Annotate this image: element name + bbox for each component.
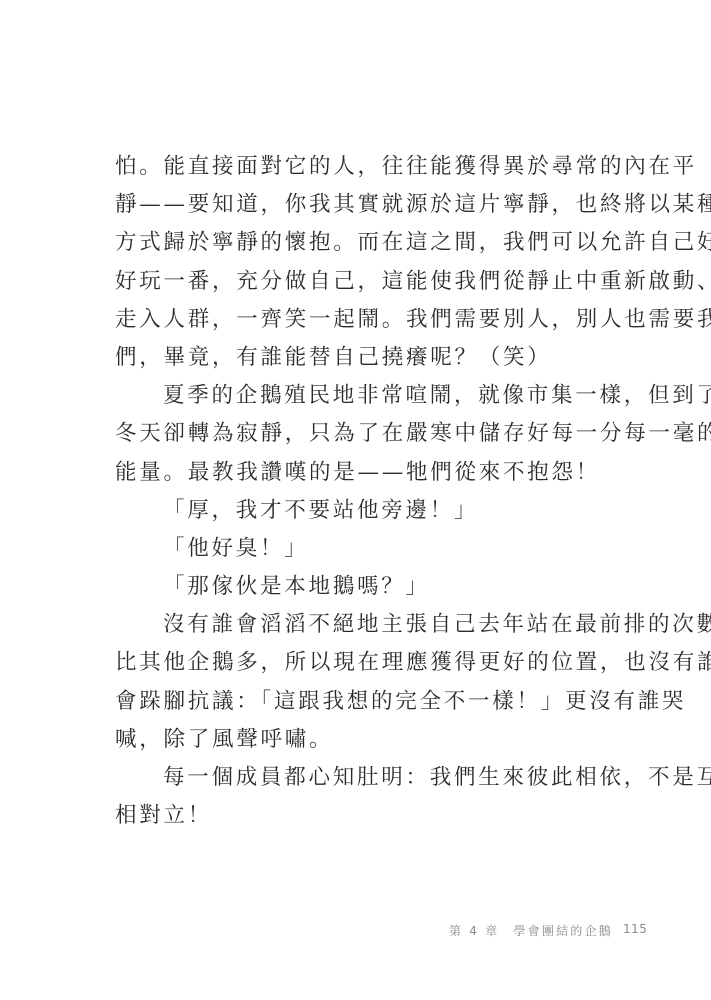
text-line: 喊，除了風聲呼嘯。 (115, 721, 605, 759)
text-line: 會跺腳抗議：「這跟我想的完全不一樣！」更沒有誰哭 (115, 683, 605, 721)
text-line: 靜——要知道，你我其實就源於這片寧靜，也終將以某種 (115, 186, 605, 224)
body-text: 怕。能直接面對它的人，往往能獲得異於尋常的內在平 靜——要知道，你我其實就源於這… (115, 148, 605, 835)
chapter-title: 第 4 章 學會團結的企鵝 (449, 922, 613, 939)
dialogue-line: 「他好臭！」 (115, 530, 605, 568)
text-line: 好玩一番，充分做自己，這能使我們從靜止中重新啟動、 (115, 263, 605, 301)
dialogue-line: 「厚，我才不要站他旁邊！」 (115, 492, 605, 530)
book-page: 怕。能直接面對它的人，往往能獲得異於尋常的內在平 靜——要知道，你我其實就源於這… (0, 0, 711, 1000)
dialogue-line: 「那傢伙是本地鵝嗎？」 (115, 568, 605, 606)
paragraph-start-line: 夏季的企鵝殖民地非常喧鬧，就像市集一樣，但到了 (115, 377, 605, 415)
text-line: 比其他企鵝多，所以現在理應獲得更好的位置，也沒有誰 (115, 644, 605, 682)
text-line: 們，畢竟，有誰能替自己撓癢呢？（笑） (115, 339, 605, 377)
paragraph-start-line: 每一個成員都心知肚明：我們生來彼此相依，不是互 (115, 759, 605, 797)
page-footer: 第 4 章 學會團結的企鵝 115 (0, 922, 711, 942)
paragraph-start-line: 沒有誰會滔滔不絕地主張自己去年站在最前排的次數 (115, 606, 605, 644)
page-number: 115 (623, 922, 647, 936)
text-line: 方式歸於寧靜的懷抱。而在這之間，我們可以允許自己好 (115, 224, 605, 262)
text-line: 相對立！ (115, 797, 605, 835)
text-line: 能量。最教我讚嘆的是——牠們從來不抱怨！ (115, 454, 605, 492)
text-line: 走入人群，一齊笑一起鬧。我們需要別人，別人也需要我 (115, 301, 605, 339)
text-line: 怕。能直接面對它的人，往往能獲得異於尋常的內在平 (115, 148, 605, 186)
text-line: 冬天卻轉為寂靜，只為了在嚴寒中儲存好每一分每一毫的 (115, 415, 605, 453)
